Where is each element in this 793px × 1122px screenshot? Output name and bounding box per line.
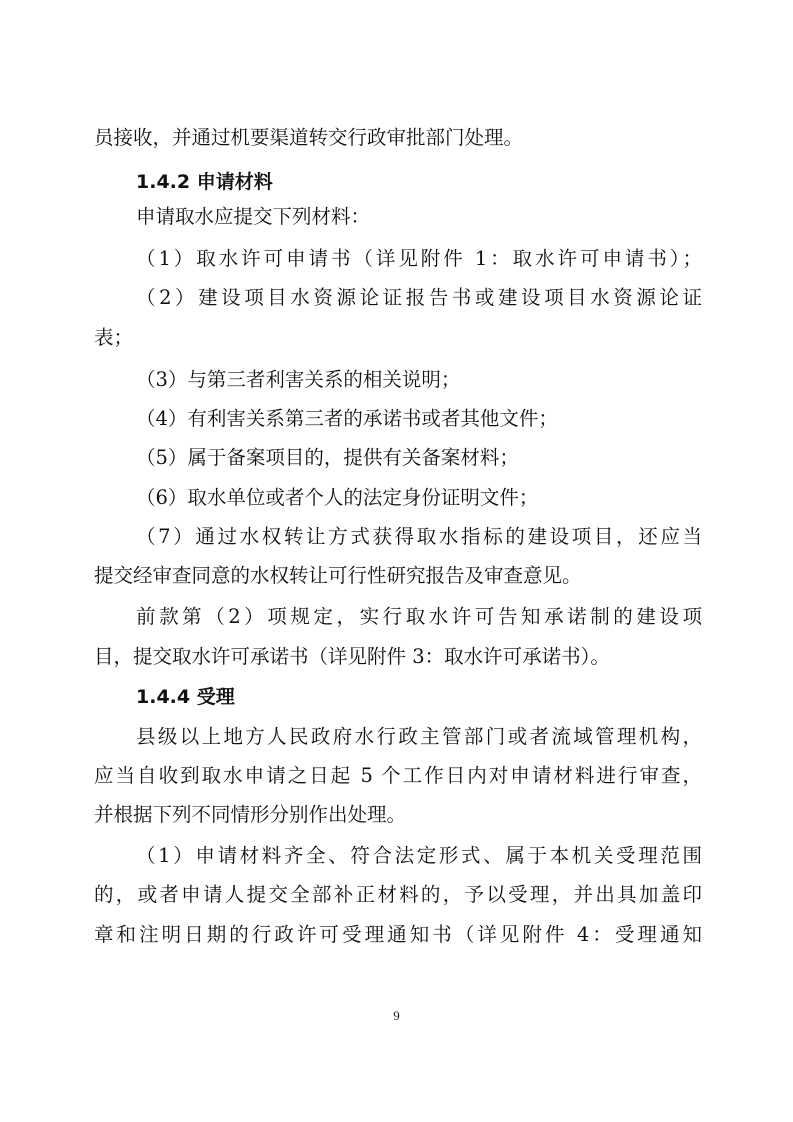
paragraph-line: 的，或者申请人提交全部补正材料的，予以受理，并出具加盖印: [94, 882, 702, 908]
paragraph-line: 并根据下列不同情形分别作出处理。: [94, 802, 702, 828]
paragraph-line: 员接收，并通过机要渠道转交行政审批部门处理。: [94, 125, 702, 151]
page-number: 9: [0, 1008, 793, 1024]
list-item-3: （3）与第三者利害关系的相关说明；: [136, 367, 702, 393]
paragraph-line: 表；: [94, 325, 702, 351]
paragraph-line: 前款第（2）项规定，实行取水许可告知承诺制的建设项: [136, 604, 702, 630]
paragraph-line: （1）申请材料齐全、符合法定形式、属于本机关受理范围: [136, 843, 702, 869]
section-heading-1-4-4: 1.4.4 受理: [136, 684, 702, 710]
paragraph-line: 章和注明日期的行政许可受理通知书（详见附件 4：受理通知: [94, 922, 702, 948]
list-item-1: （1）取水许可申请书（详见附件 1：取水许可申请书）；: [136, 246, 702, 272]
list-item-2: （2）建设项目水资源论证报告书或建设项目水资源论证: [136, 285, 702, 311]
paragraph-line: 目，提交取水许可承诺书（详见附件 3：取水许可承诺书）。: [94, 644, 702, 670]
list-item-4: （4）有利害关系第三者的承诺书或者其他文件；: [136, 406, 702, 432]
section-heading-1-4-2: 1.4.2 申请材料: [136, 169, 702, 195]
list-item-5: （5）属于备案项目的，提供有关备案材料；: [136, 445, 702, 471]
list-item-7: （7）通过水权转让方式获得取水指标的建设项目，还应当: [136, 524, 702, 550]
document-page: 员接收，并通过机要渠道转交行政审批部门处理。 1.4.2 申请材料 申请取水应提…: [0, 0, 793, 1122]
list-item-6: （6）取水单位或者个人的法定身份证明文件；: [136, 485, 702, 511]
paragraph-line: 应当自收到取水申请之日起 5 个工作日内对申请材料进行审查，: [94, 763, 702, 789]
paragraph-line: 县级以上地方人民政府水行政主管部门或者流域管理机构，: [136, 724, 702, 750]
paragraph-line: 提交经审查同意的水权转让可行性研究报告及审查意见。: [94, 563, 702, 589]
paragraph-line: 申请取水应提交下列材料：: [136, 204, 702, 230]
